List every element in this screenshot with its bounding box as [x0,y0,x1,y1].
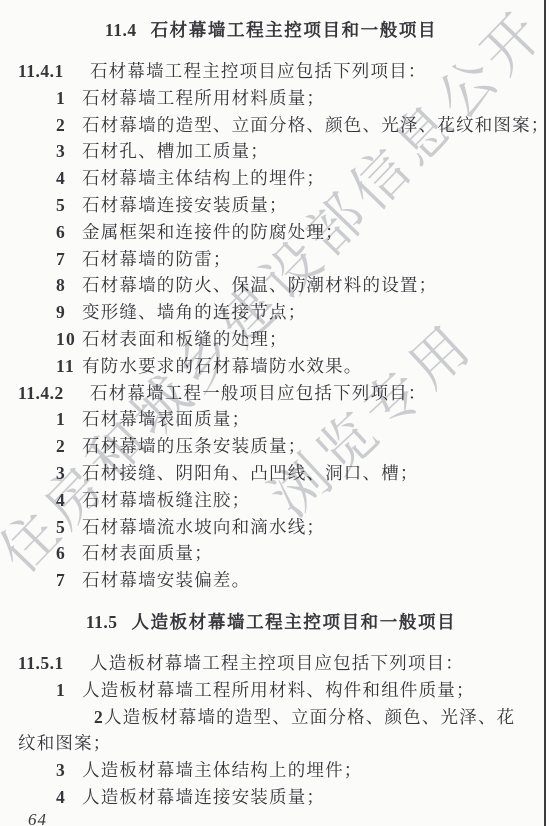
item-number: 10 [56,326,82,353]
clause-number: 11.4.2 [18,380,90,407]
list-item: 5石材幕墙流水坡向和滴水线； [18,514,524,541]
list-item: 7石材幕墙安装偏差。 [18,567,524,594]
list-item: 3人造板材幕墙主体结构上的埋件； [18,757,524,784]
list-item: 9变形缝、墙角的连接节点； [18,299,524,326]
item-number: 4 [56,165,82,192]
item-number: 2 [56,704,104,731]
item-text: 石材孔、槽加工质量； [82,141,269,161]
item-text: 变形缝、墙角的连接节点； [82,302,306,322]
list-item: 11有防水要求的石材幕墙防水效果。 [18,353,524,380]
item-number: 9 [56,299,82,326]
item-number: 8 [56,272,82,299]
section-heading-11-4: 11.4石材幕墙工程主控项目和一般项目 [18,16,524,44]
section-title: 石材幕墙工程主控项目和一般项目 [151,20,438,40]
section-number: 11.4 [105,20,137,40]
list-item: 2人造板材幕墙的造型、立面分格、颜色、光泽、花纹和图案； [18,704,524,758]
item-text: 石材幕墙安装偏差。 [82,570,250,590]
item-text: 石材幕墙工程所用材料质量； [82,88,325,108]
clause-11-5-1: 11.5.1人造板材幕墙工程主控项目应包括下列项目： [18,650,524,677]
item-text: 石材幕墙流水坡向和滴水线； [82,517,325,537]
item-number: 3 [56,460,82,487]
item-text: 石材幕墙板缝注胶； [82,490,250,510]
clause-11-4-1: 11.4.1石材幕墙工程主控项目应包括下列项目： [18,58,524,85]
item-text: 石材幕墙的防火、保温、防潮材料的设置； [82,275,437,295]
item-number: 2 [56,433,82,460]
list-item: 4人造板材幕墙连接安装质量； [18,784,524,811]
item-number: 4 [56,784,82,811]
clause-number: 11.5.1 [18,650,90,677]
item-text: 石材幕墙主体结构上的埋件； [82,168,325,188]
item-number: 3 [56,138,82,165]
item-text: 石材幕墙的防雷； [82,249,232,269]
section-title: 人造板材幕墙工程主控项目和一般项目 [131,612,456,632]
list-item: 3石材接缝、阴阳角、凸凹线、洞口、槽； [18,460,524,487]
spacer [18,44,524,58]
item-number: 11 [56,353,82,380]
item-number: 5 [56,192,82,219]
item-text: 有防水要求的石材幕墙防水效果。 [82,356,363,376]
list-item: 10石材表面和板缝的处理； [18,326,524,353]
clause-text: 人造板材幕墙工程主控项目应包括下列项目： [90,653,464,673]
item-number: 3 [56,757,82,784]
item-text: 石材幕墙的压条安装质量； [82,436,306,456]
list-item: 7石材幕墙的防雷； [18,246,524,273]
spacer [18,636,524,650]
page-number: 64 [28,810,47,826]
section-heading-11-5: 11.5人造板材幕墙工程主控项目和一般项目 [18,608,524,636]
item-text: 石材表面质量； [82,543,213,563]
list-item: 2石材幕墙的压条安装质量； [18,433,524,460]
page-content: 11.4石材幕墙工程主控项目和一般项目 11.4.1石材幕墙工程主控项目应包括下… [18,0,524,811]
item-number: 7 [56,246,82,273]
item-text: 石材接缝、阴阳角、凸凹线、洞口、槽； [82,463,419,483]
document-page: 住房和城乡建设部信息公开 浏览专用 11.4石材幕墙工程主控项目和一般项目 11… [0,0,550,826]
item-number: 1 [56,85,82,112]
section-number: 11.5 [86,612,118,632]
item-number: 1 [56,406,82,433]
item-number: 4 [56,487,82,514]
list-item: 6金属框架和连接件的防腐处理； [18,219,524,246]
spacer [18,594,524,608]
list-item: 5石材幕墙连接安装质量； [18,192,524,219]
item-text: 人造板材幕墙连接安装质量； [82,787,325,807]
list-item: 4石材幕墙主体结构上的埋件； [18,165,524,192]
list-item: 1石材幕墙工程所用材料质量； [18,85,524,112]
clause-11-4-2: 11.4.2石材幕墙工程一般项目应包括下列项目： [18,380,524,407]
item-text: 石材表面和板缝的处理； [82,329,288,349]
list-item: 3石材孔、槽加工质量； [18,138,524,165]
item-number: 2 [56,112,82,139]
clause-text: 石材幕墙工程一般项目应包括下列项目： [90,383,427,403]
item-text: 金属框架和连接件的防腐处理； [82,222,344,242]
item-number: 1 [56,677,82,704]
list-item: 8石材幕墙的防火、保温、防潮材料的设置； [18,272,524,299]
list-item: 1人造板材幕墙工程所用材料、构件和组件质量； [18,677,524,704]
list-item: 6石材表面质量； [18,540,524,567]
list-item: 1石材幕墙表面质量； [18,406,524,433]
list-item: 2石材幕墙的造型、立面分格、颜色、光泽、花纹和图案； [18,112,524,139]
item-text: 石材幕墙的造型、立面分格、颜色、光泽、花纹和图案； [82,115,550,135]
item-text: 人造板材幕墙工程所用材料、构件和组件质量； [82,680,475,700]
list-item: 4石材幕墙板缝注胶； [18,487,524,514]
clause-text: 石材幕墙工程主控项目应包括下列项目： [90,61,427,81]
item-number: 6 [56,219,82,246]
item-text: 石材幕墙连接安装质量； [82,195,288,215]
clause-number: 11.4.1 [18,58,90,85]
scan-edge-margin [546,0,550,826]
item-number: 6 [56,540,82,567]
item-text: 人造板材幕墙主体结构上的埋件； [82,760,363,780]
item-number: 7 [56,567,82,594]
item-text: 石材幕墙表面质量； [82,409,250,429]
item-number: 5 [56,514,82,541]
